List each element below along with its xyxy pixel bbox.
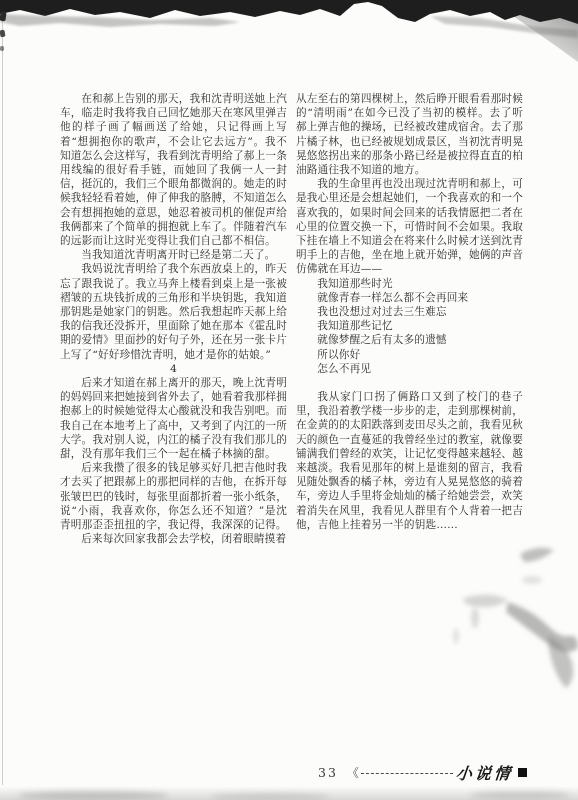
- paragraph: 我从家门口拐了俩路口又到了校门的巷子里，我沿着教学楼一步步的走，走到那棵树前，在…: [296, 390, 523, 532]
- bottom-smudge: [18, 791, 168, 800]
- page-top-torn-edge: [0, 0, 578, 70]
- paragraph: 后来我攒了很多的钱足够买好几把吉他时我才去买了把跟郝上的那把同样的吉他，在拆开每…: [60, 461, 287, 532]
- poem-line: 怎么不再见: [296, 362, 523, 376]
- poem-line: 就像青春一样怎么都不会再回来: [296, 291, 523, 305]
- poem-line: 我知道那些时光: [296, 277, 523, 291]
- page-left-edge-line: [2, 20, 3, 785]
- footer-leader-line: [361, 773, 453, 774]
- bottom-smudge: [210, 793, 330, 800]
- section-number: 4: [60, 362, 287, 376]
- text-column-right: 从左至右的第四棵树上，然后睁开眼看看那时候的“清明雨”在如今已没了当初的模样。去…: [296, 92, 523, 532]
- left-edge-ink-mark: [0, 30, 6, 38]
- poem-line: 我也没想过对过去三生难忘: [296, 305, 523, 319]
- paragraph: 我妈说沈青明给了我个东西放桌上的，昨天忘了跟我说了。我立马奔上楼看到桌上是一张被…: [60, 262, 287, 361]
- section-title: 小说情: [455, 761, 514, 784]
- poem-line: 我知道那些记忆: [296, 319, 523, 333]
- left-edge-ink-mark: [0, 46, 4, 51]
- guillemet-mark: 《: [347, 764, 359, 781]
- scanned-magazine-page: 在和郝上告别的那天，我和沈青明送她上汽车，临走时我将我自己回忆她那天在寒风里弹吉…: [0, 0, 578, 800]
- song-lyrics: 我知道那些时光 就像青春一样怎么都不会再回来 我也没想过对过去三生难忘 我知道那…: [296, 277, 523, 376]
- paragraph-continuation: 从左至右的第四棵树上，然后睁开眼看看那时候的“清明雨”在如今已没了当初的模样。去…: [296, 92, 523, 177]
- poem-line: 就像梦醒之后有太多的遗憾: [296, 333, 523, 347]
- page-footer: 33 《 小说情: [318, 761, 533, 784]
- footer-end-square-icon: [518, 768, 527, 777]
- paragraph: 后来每次回家我都会去学校，闭着眼睛摸着: [60, 532, 287, 546]
- bottom-smudge: [470, 791, 570, 799]
- ink-wash-decoration: [420, 540, 578, 740]
- paragraph: 当我知道沈青明离开时已经是第二天了。: [60, 248, 287, 262]
- paragraph: 我的生命里再也没出现过沈青明和郝上，可是我心里还是会想起她们，一个我喜欢的和一个…: [296, 177, 523, 276]
- paragraph: 后来才知道在郝上离开的那天，晚上沈青明的妈妈回来把她接到省外去了，她看着我那样拥…: [60, 376, 287, 461]
- paragraph: 在和郝上告别的那天，我和沈青明送她上汽车，临走时我将我自己回忆她那天在寒风里弹吉…: [60, 92, 287, 248]
- page-number: 33: [318, 765, 338, 780]
- bottom-edge-texture: [0, 786, 578, 800]
- text-column-left: 在和郝上告别的那天，我和沈青明送她上汽车，临走时我将我自己回忆她那天在寒风里弹吉…: [60, 92, 287, 547]
- poem-line: 所以你好: [296, 348, 523, 362]
